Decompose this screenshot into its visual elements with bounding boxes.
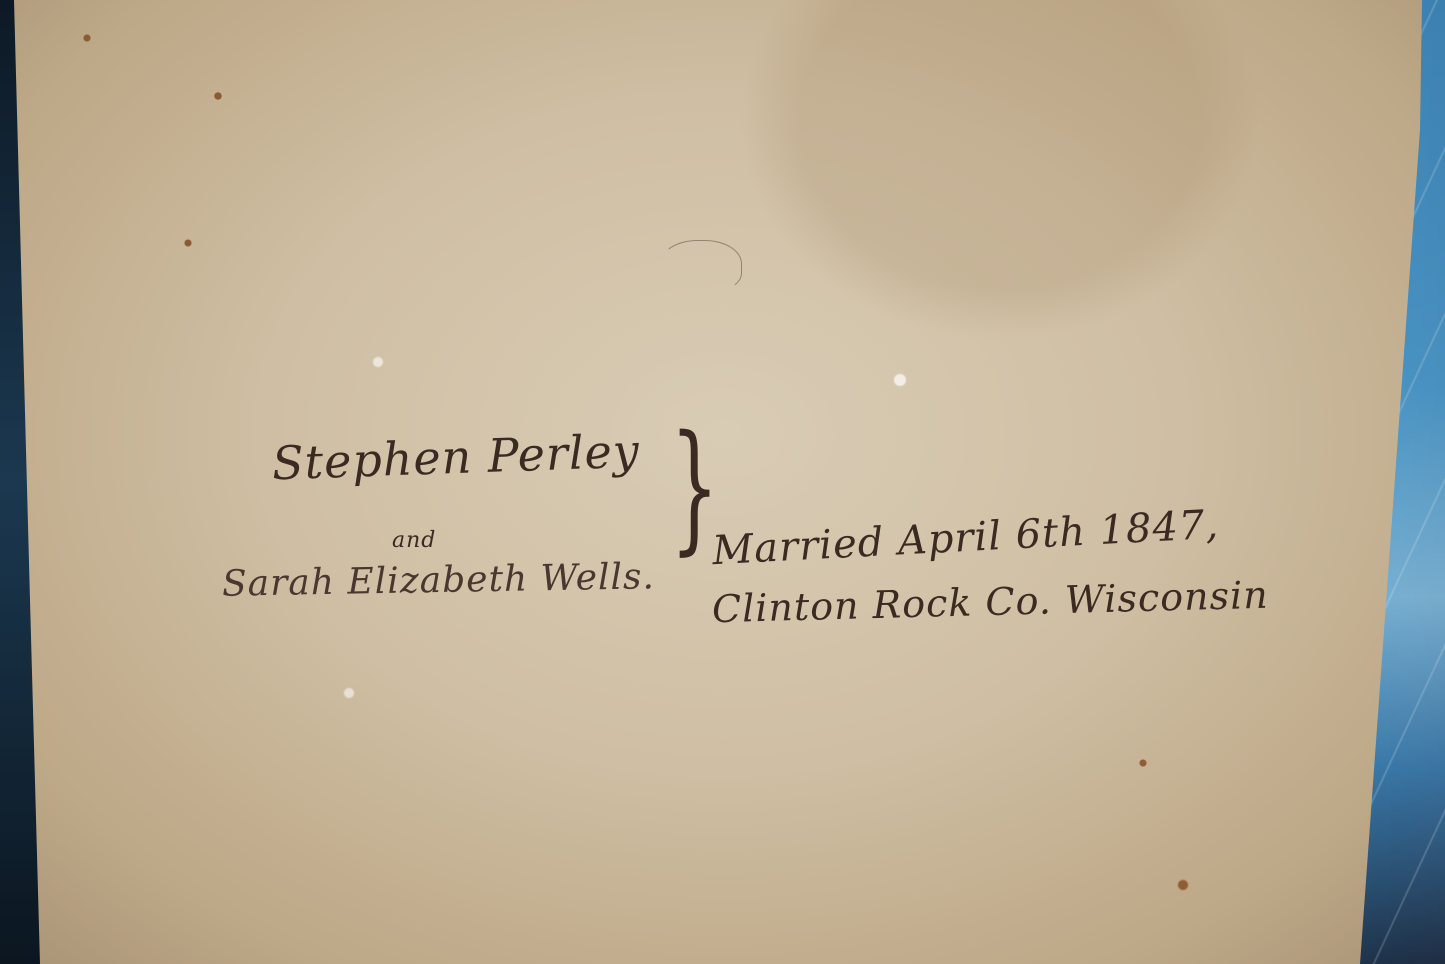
groom-name: Stephen Perley [271,424,640,491]
paper-document: Stephen Perley and Sarah Elizabeth Wells… [0,0,1445,964]
conjunction-and: and [392,528,436,553]
pencil-doodle [660,240,742,292]
bride-name: Sarah Elizabeth Wells. [222,556,656,605]
marriage-date: Married April 6th 1847, [711,502,1220,574]
curly-brace-icon: } [670,418,719,558]
marriage-place: Clinton Rock Co. Wisconsin [712,573,1270,632]
